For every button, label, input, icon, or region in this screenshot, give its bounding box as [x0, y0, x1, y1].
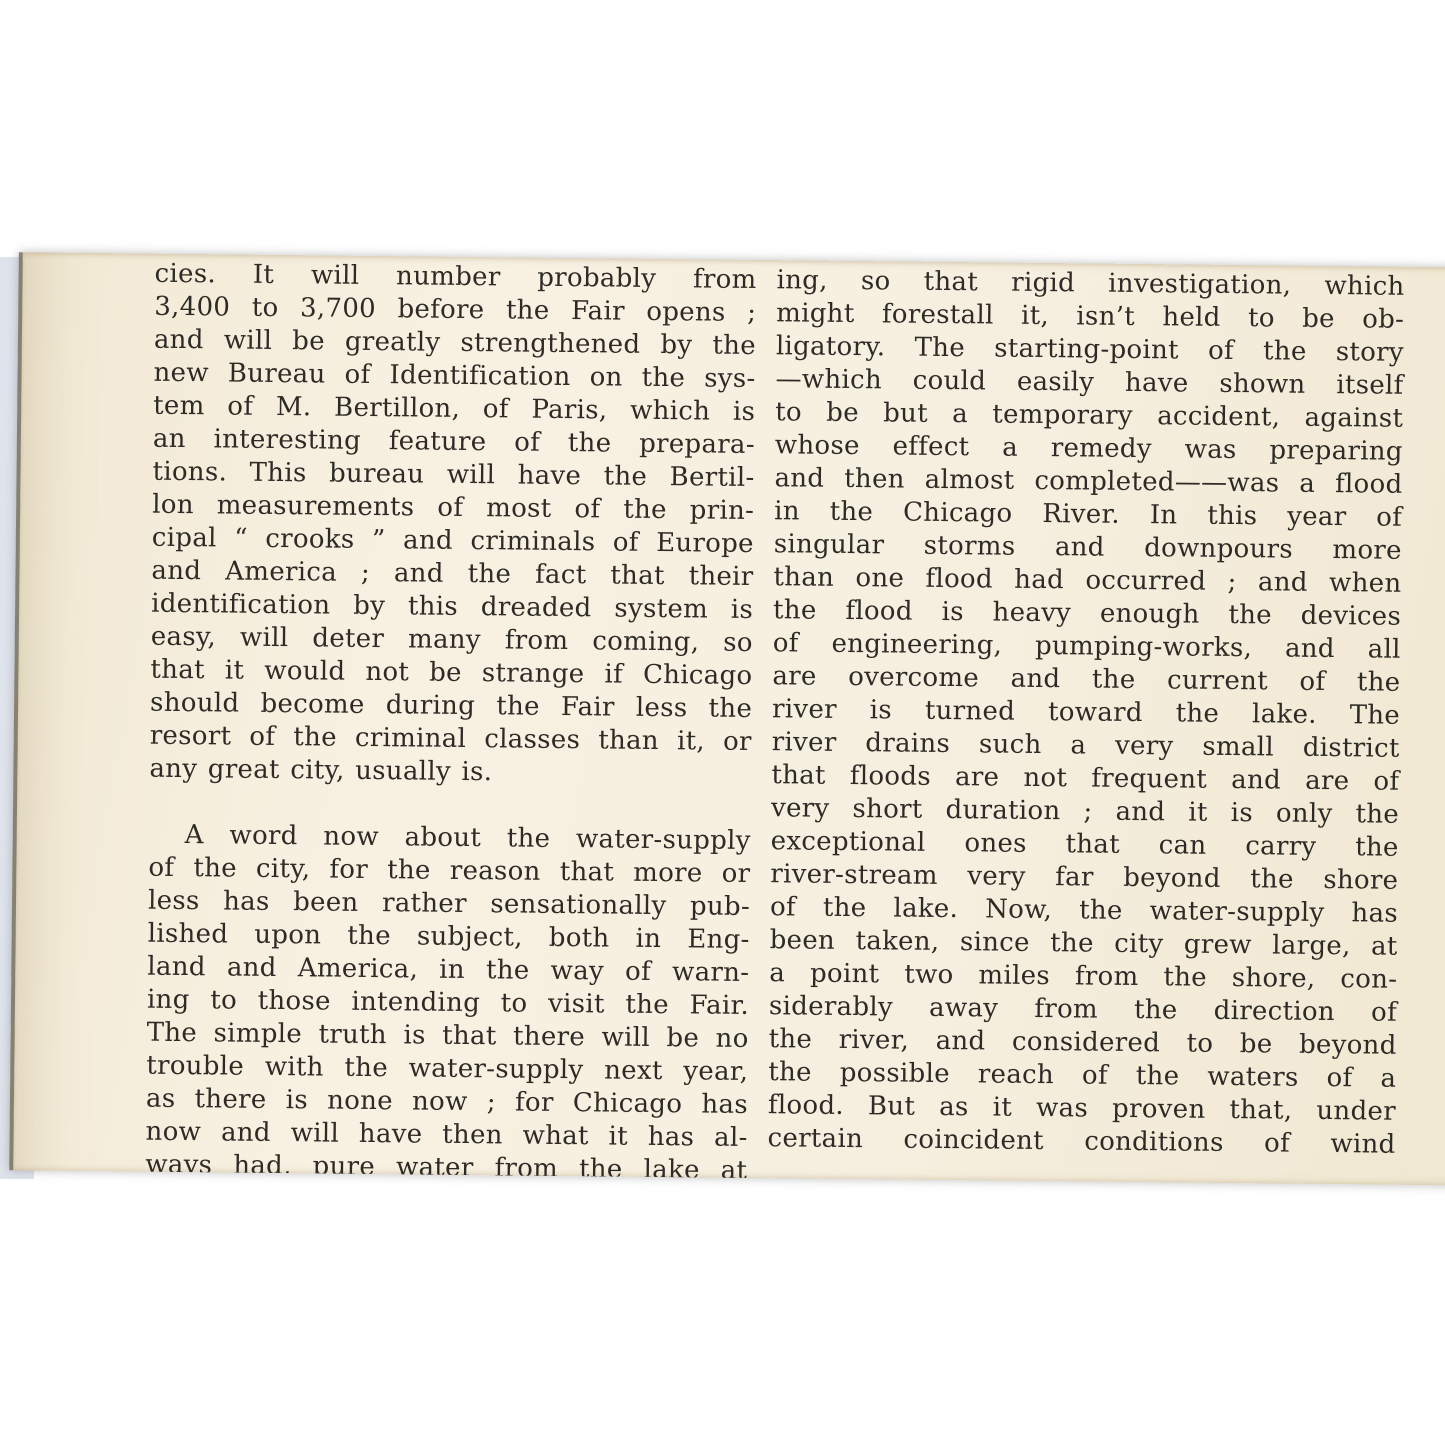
- magazine-page: cies. It will number probably from3,400 …: [9, 252, 1445, 1185]
- text-line: any great city, usually is.: [149, 753, 751, 792]
- scan-canvas: cies. It will number probably from3,400 …: [0, 0, 1445, 1445]
- text-line: certain coincident conditions of wind: [767, 1122, 1395, 1162]
- text-column-right: ing, so that rigid investigation, whichm…: [767, 264, 1404, 1162]
- text-line: ways had, pure water from the lake at: [145, 1149, 747, 1186]
- text-column-left: cies. It will number probably from3,400 …: [145, 258, 757, 1186]
